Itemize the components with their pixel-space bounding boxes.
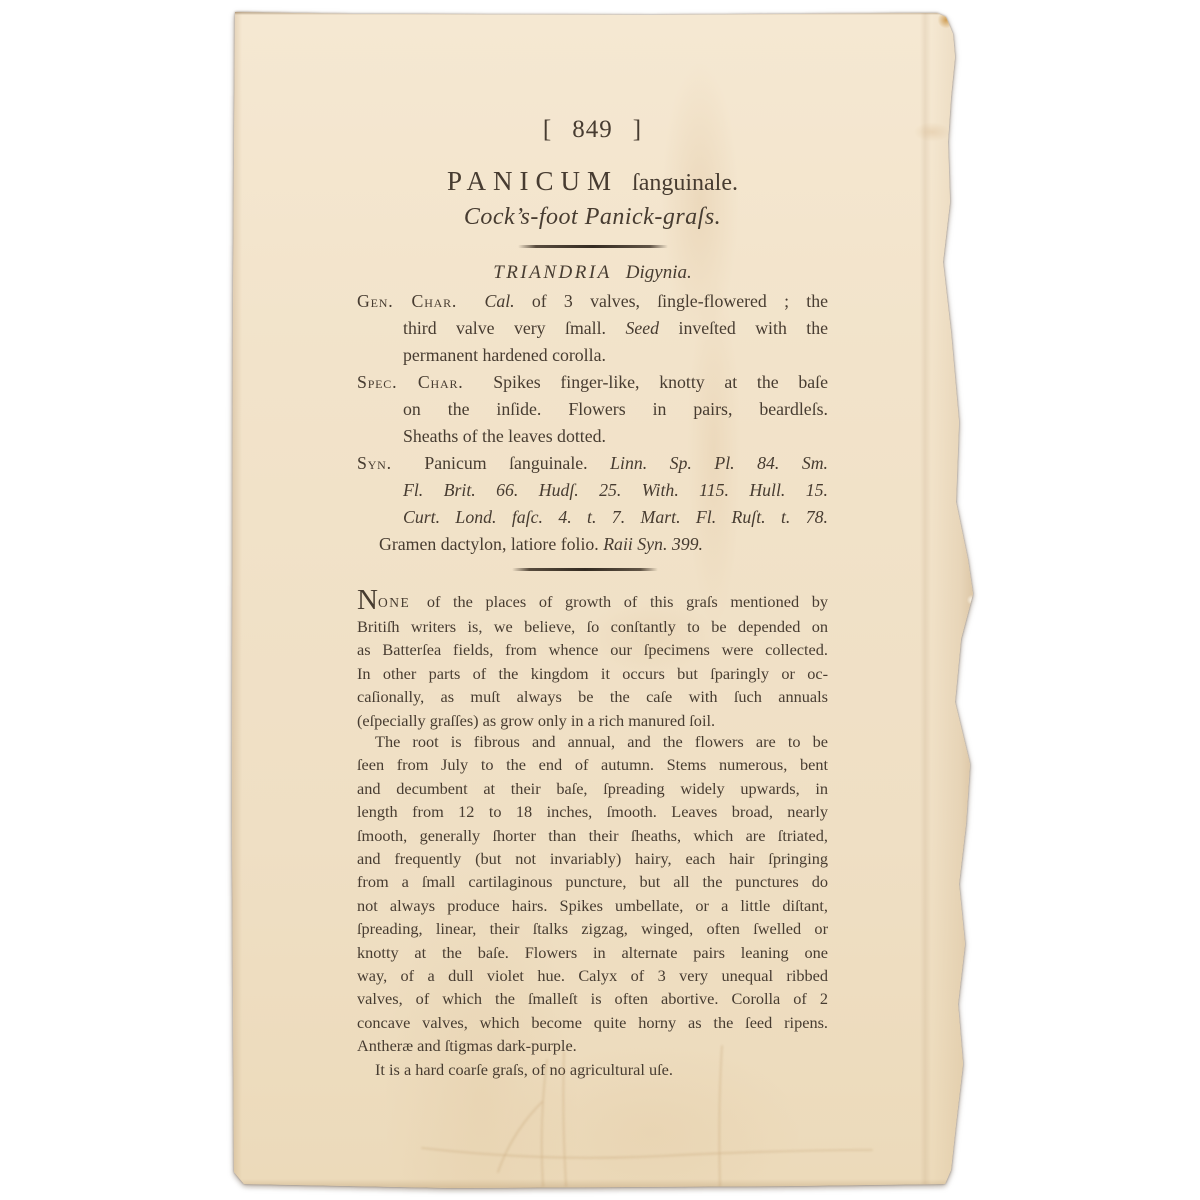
divider-rule-middle	[512, 568, 658, 571]
spec-char-text: Spikes finger-like, knotty at the baſe	[493, 372, 828, 392]
spec-char-line-1: Spec. Char. Spikes finger-like, knotty a…	[357, 369, 828, 396]
calyx-term: Cal.	[484, 291, 514, 311]
book-page: [849] PANICUMſanguinale. Cock’s-foot Pan…	[0, 0, 1200, 1200]
syn-line-2: Fl. Brit. 66. Hudſ. 25. With. 115. Hull.…	[357, 477, 828, 504]
paragraph-line: as Batterſea fields, from whence our ſpe…	[357, 638, 828, 661]
gen-char-text: inveſted with the	[679, 318, 829, 338]
seed-term: Seed	[625, 318, 659, 338]
paragraph-line: concave valves, which become quite horny…	[357, 1011, 828, 1034]
paragraph-line: not always produce hairs. Spikes umbella…	[357, 894, 828, 917]
page-number: [849]	[357, 115, 828, 145]
paragraph-line: and decumbent at their baſe, ſpreading w…	[357, 777, 828, 800]
gen-char-line-2: third valve very ſmall. Seed inveſted wi…	[357, 315, 828, 342]
linnaean-class: TRIANDRIA	[493, 262, 612, 283]
paragraph-line: length from 12 to 18 inches, ſmooth. Lea…	[357, 800, 828, 823]
paragraph-line: In other parts of the kingdom it occurs …	[357, 662, 828, 685]
drop-cap-run: ONE	[378, 595, 410, 610]
syn-line-1: Syn. Panicum ſanguinale. Linn. Sp. Pl. 8…	[357, 450, 828, 477]
spec-char-label: Spec. Char.	[357, 372, 464, 392]
gen-char-label: Gen. Char.	[357, 291, 457, 311]
syn-line-3: Curt. Lond. faſc. 4. t. 7. Mart. Fl. Ruſ…	[357, 504, 828, 531]
paragraph-line: ſeen from July to the end of autumn. Ste…	[357, 753, 828, 776]
paragraph-habitat: NONE of the places of growth of this gra…	[357, 586, 828, 732]
synopsis-block: Gen. Char. Cal. of 3 valves, ſingle-flow…	[357, 288, 828, 558]
syn-reference: Linn. Sp. Pl. 84. Sm.	[610, 453, 828, 473]
paragraph-line: ſmooth, generally ſhorter than their ſhe…	[357, 824, 828, 847]
syn-label: Syn.	[357, 453, 392, 473]
paragraph-line: way, of a dull violet hue. Calyx of 3 ve…	[357, 964, 828, 987]
paper-sheet: [849] PANICUMſanguinale. Cock’s-foot Pan…	[232, 12, 977, 1188]
syn-line-4: Gramen dactylon, latiore folio. Raii Syn…	[357, 531, 828, 558]
syn-reference: Raii Syn. 399.	[603, 534, 703, 554]
spec-char-line-2: on the inſide. Flowers in pairs, beardle…	[357, 396, 828, 423]
species-title: PANICUMſanguinale.	[357, 164, 828, 203]
paragraph-line: from a ſmall cartilaginous puncture, but…	[357, 870, 828, 893]
gen-char-line-3: permanent hardened corolla.	[357, 342, 828, 369]
page-number-value: 849	[572, 116, 613, 143]
divider-rule-top	[518, 245, 668, 248]
linnaean-order: Digynia.	[626, 262, 692, 283]
paragraph-line: NONE of the places of growth of this gra…	[357, 586, 828, 615]
spec-char-line-3: Sheaths of the leaves dotted.	[357, 423, 828, 450]
paragraph-description: The root is fibrous and annual, and the …	[357, 730, 828, 1058]
bracket-right: ]	[633, 116, 642, 143]
paragraph-line: and frequently (but not invariably) hair…	[357, 847, 828, 870]
genus-name: PANICUM	[447, 166, 618, 196]
gen-char-text: third valve very ſmall.	[403, 318, 606, 338]
common-name: Cock’s-foot Panick-graſs.	[357, 202, 828, 232]
paragraph-text: of the places of growth of this graſs me…	[427, 592, 828, 611]
show-through-sketch	[392, 1042, 912, 1188]
syn-old-name: Gramen dactylon, latiore folio.	[379, 534, 599, 554]
paragraph-line: (eſpecially graſſes) as grow only in a r…	[357, 709, 828, 732]
scan-background: [849] PANICUMſanguinale. Cock’s-foot Pan…	[0, 0, 1200, 1200]
paragraph-line: valves, of which the ſmalleſt is often a…	[357, 987, 828, 1010]
species-epithet: ſanguinale.	[632, 170, 738, 196]
paragraph-line: knotty at the baſe. Flowers in alternate…	[357, 941, 828, 964]
gen-char-line-1: Gen. Char. Cal. of 3 valves, ſingle-flow…	[357, 288, 828, 315]
syn-species: Panicum ſanguinale.	[424, 453, 587, 473]
paragraph-line: caſionally, as muſt always be the caſe w…	[357, 685, 828, 708]
classification-line: TRIANDRIADigynia.	[357, 260, 828, 286]
bracket-left: [	[543, 116, 552, 143]
paragraph-line: ſpreading, linear, their ſtalks zigzag, …	[357, 917, 828, 940]
gen-char-text: of 3 valves, ſingle-flowered ; the	[532, 291, 828, 311]
paragraph-line: Britiſh writers is, we believe, ſo conſt…	[357, 615, 828, 638]
drop-cap: N	[357, 584, 378, 616]
paragraph-line: The root is fibrous and annual, and the …	[357, 730, 828, 753]
